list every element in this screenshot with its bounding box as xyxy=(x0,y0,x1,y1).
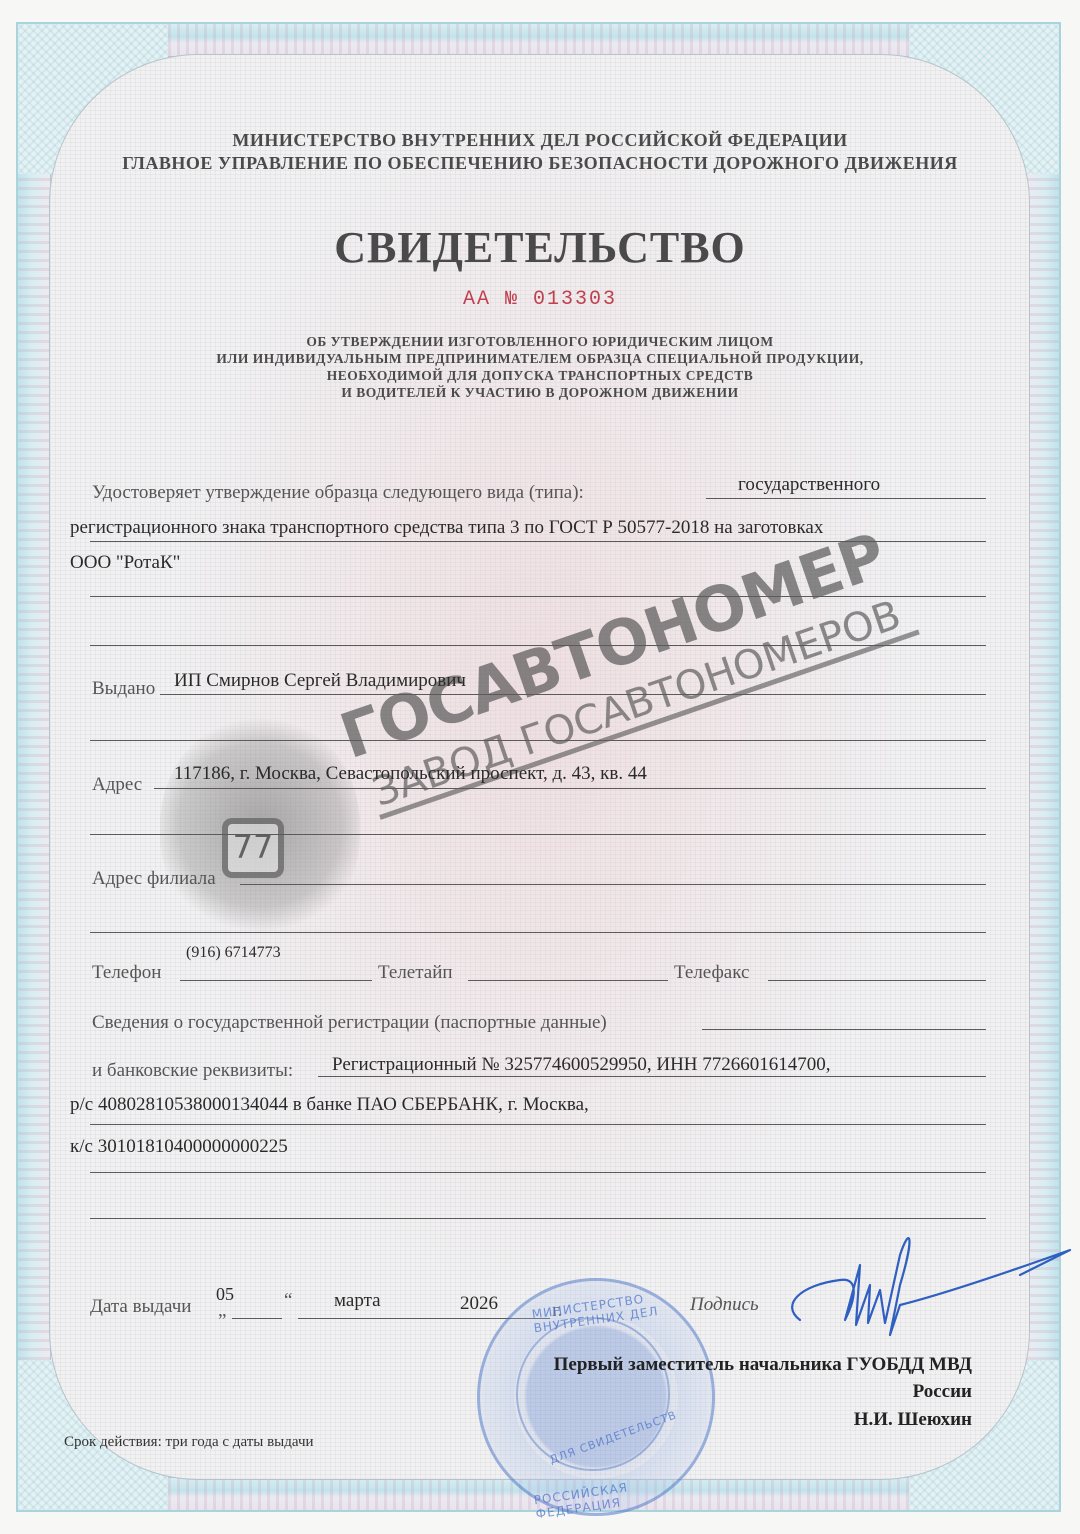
signatory-position-line2: России xyxy=(913,1381,972,1403)
rule xyxy=(90,932,986,933)
registration-line1: Регистрационный № 325774600529950, ИНН 7… xyxy=(332,1054,831,1076)
registration-line2: р/с 40802810538000134044 в банке ПАО СБЕ… xyxy=(70,1094,589,1116)
certifies-value-line2: регистрационного знака транспортного сре… xyxy=(70,517,823,539)
watermark-plate-icon: 77 xyxy=(222,818,284,878)
rule xyxy=(90,1218,986,1219)
border-band-top xyxy=(168,24,909,57)
rule xyxy=(160,694,986,695)
rule xyxy=(232,1318,282,1319)
quote-close: “ xyxy=(284,1290,292,1312)
issue-date-year: 2026 xyxy=(460,1293,498,1315)
phone-label: Телефон xyxy=(92,962,161,984)
department-heading: ГЛАВНОЕ УПРАВЛЕНИЕ ПО ОБЕСПЕЧЕНИЮ БЕЗОПА… xyxy=(0,153,1080,174)
certifies-value-line1: государственного xyxy=(738,474,880,496)
issue-date-label: Дата выдачи xyxy=(90,1296,191,1318)
subtitle-line: И ВОДИТЕЛЕЙ К УЧАСТИЮ В ДОРОЖНОМ ДВИЖЕНИ… xyxy=(0,384,1080,401)
issue-date-month: марта xyxy=(334,1290,381,1312)
subtitle-line: ИЛИ ИНДИВИДУАЛЬНЫМ ПРЕДПРИНИМАТЕЛЕМ ОБРА… xyxy=(0,350,1080,367)
signatory-position-line1: Первый заместитель начальника ГУОБДД МВД xyxy=(554,1354,972,1376)
subtitle-line: НЕОБХОДИМОЙ ДЛЯ ДОПУСКА ТРАНСПОРТНЫХ СРЕ… xyxy=(0,367,1080,384)
rule xyxy=(180,980,372,981)
rule xyxy=(154,788,986,789)
signatory-name: Н.И. Шеюхин xyxy=(854,1409,972,1431)
rule xyxy=(90,834,986,835)
bank-details-label: и банковские реквизиты: xyxy=(92,1060,293,1082)
validity-note: Срок действия: три года с даты выдачи xyxy=(64,1434,314,1451)
rule xyxy=(90,1124,986,1125)
fax-label: Телефакс xyxy=(674,962,749,984)
stamp-bottom-text: РОССИЙСКАЯ ФЕДЕРАЦИЯ xyxy=(533,1469,713,1522)
registration-line3: к/с 30101810400000000225 xyxy=(70,1136,288,1158)
rule xyxy=(90,740,986,741)
rule xyxy=(318,1076,986,1077)
quote-open: „ xyxy=(218,1300,226,1322)
document-subtitle: ОБ УТВЕРЖДЕНИИ ИЗГОТОВЛЕННОГО ЮРИДИЧЕСКИ… xyxy=(0,333,1080,401)
certifies-value-line3: ООО "РотаК" xyxy=(70,552,180,574)
teletype-label: Телетайп xyxy=(378,962,453,984)
registration-label: Сведения о государственной регистрации (… xyxy=(92,1012,607,1034)
branch-address-label: Адрес филиала xyxy=(92,868,216,890)
rule xyxy=(240,884,986,885)
rule xyxy=(468,980,668,981)
signature-label: Подпись xyxy=(690,1294,759,1316)
rule xyxy=(702,1029,986,1030)
rule xyxy=(90,645,986,646)
rule xyxy=(90,541,986,542)
ministry-heading: МИНИСТЕРСТВО ВНУТРЕННИХ ДЕЛ РОССИЙСКОЙ Ф… xyxy=(0,130,1080,151)
handwritten-signature xyxy=(760,1225,1080,1345)
document-title: СВИДЕТЕЛЬСТВО xyxy=(0,222,1080,273)
address-label: Адрес xyxy=(92,774,142,796)
serial-number: АА № 013303 xyxy=(0,288,1080,311)
phone-value: (916) 6714773 xyxy=(186,944,281,962)
rule xyxy=(768,980,986,981)
address-value: 117186, г. Москва, Севастопольский просп… xyxy=(174,763,647,785)
issued-to-label: Выдано xyxy=(92,678,155,700)
official-stamp: МИНИСТЕРСТВО ВНУТРЕННИХ ДЕЛ РОССИЙСКАЯ Ф… xyxy=(477,1278,715,1516)
subtitle-line: ОБ УТВЕРЖДЕНИИ ИЗГОТОВЛЕННОГО ЮРИДИЧЕСКИ… xyxy=(0,333,1080,350)
rule xyxy=(90,596,986,597)
issued-to-value: ИП Смирнов Сергей Владимирович xyxy=(174,670,466,692)
rule xyxy=(706,498,986,499)
rule xyxy=(90,1172,986,1173)
certifies-label: Удостоверяет утверждение образца следующ… xyxy=(92,482,584,504)
